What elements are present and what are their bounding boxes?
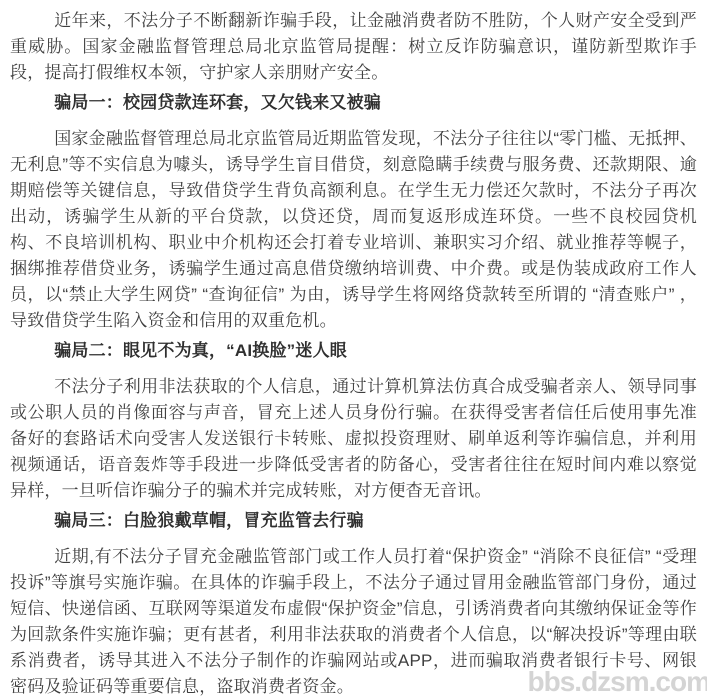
scam1-heading: 骗局一：校园贷款连环套，又欠钱来又被骗 (10, 90, 697, 116)
article-body: 近年来，不法分子不断翻新诈骗手段，让金融消费者防不胜防，个人财产安全受到严重威胁… (0, 0, 707, 699)
scam1-description-paragraph: 国家金融监督管理总局北京监管局近期监管发现，不法分子往往以“零门槛、无抵押、无利… (10, 126, 697, 334)
scam3-description-paragraph: 近期,有不法分子冒充金融监管部门或工作人员打着“保护资金” “消除不良征信” “… (10, 544, 697, 699)
scam2-description-paragraph: 不法分子利用非法获取的个人信息，通过计算机算法仿真合成受骗者亲人、领导同事或公职… (10, 374, 697, 504)
article-page: { "page": { "background_color": "#ffffff… (0, 0, 707, 699)
scam2-heading: 骗局二：眼见不为真，“AI换脸”迷人眼 (10, 338, 697, 364)
intro-paragraph: 近年来，不法分子不断翻新诈骗手段，让金融消费者防不胜防，个人财产安全受到严重威胁… (10, 8, 697, 86)
scam3-heading: 骗局三：白脸狼戴草帽，冒充监管去行骗 (10, 508, 697, 534)
